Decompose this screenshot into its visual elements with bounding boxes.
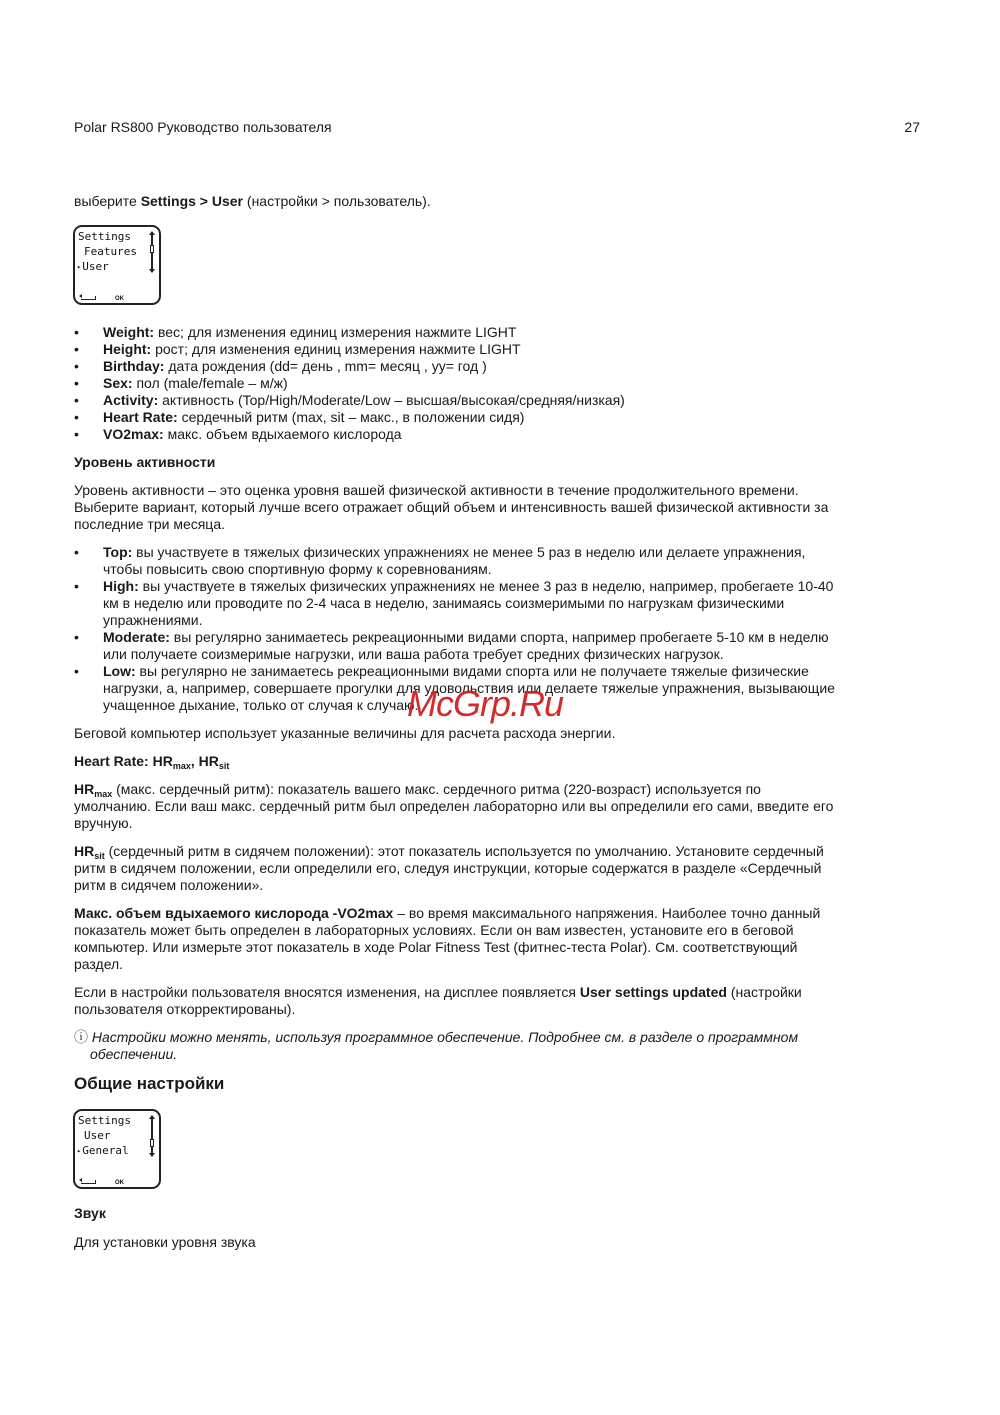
- back-arrow-icon: [81, 1180, 96, 1184]
- list-item-desc: активность (Top/High/Moderate/Low – высш…: [158, 392, 625, 408]
- scroll-down-arrow-icon: [149, 1153, 155, 1157]
- intro-menu-path: Settings > User: [141, 193, 243, 209]
- heart-rate-heading: Heart Rate: HRmax, HRsit: [74, 753, 229, 770]
- list-item-term: Activity:: [103, 392, 158, 408]
- list-item: Moderate: вы регулярно занимаетесь рекре…: [74, 629, 844, 663]
- update-note: Если в настройки пользователя вносятся и…: [74, 984, 834, 1018]
- list-item: Weight: вес; для изменения единиц измере…: [74, 324, 864, 341]
- document-title: Polar RS800 Руководство пользователя: [74, 119, 332, 136]
- list-item-desc: макс. объем вдыхаемого кислорода: [164, 426, 402, 442]
- selection-arrow-icon: ▸: [77, 1147, 81, 1155]
- heading-sub-sit: sit: [219, 761, 230, 771]
- list-item-term: High:: [103, 578, 139, 594]
- page-number: 27: [904, 119, 920, 136]
- page-header: Polar RS800 Руководство пользователя 27: [74, 119, 920, 137]
- list-item: Height: рост; для изменения единиц измер…: [74, 341, 864, 358]
- list-item-desc: вес; для изменения единиц измерения нажм…: [154, 324, 516, 340]
- back-arrow-icon: [81, 296, 96, 300]
- watermark-logo: McGrp.Ru: [407, 686, 563, 722]
- scroll-thumb: [150, 245, 154, 253]
- screen-line-general-label: General: [82, 1144, 128, 1157]
- scroll-thumb: [150, 1139, 154, 1147]
- intro-instruction: выберите Settings > User (настройки > по…: [74, 193, 854, 210]
- list-item: VO2max: макс. объем вдыхаемого кислорода: [74, 426, 864, 443]
- update-note-message: User settings updated: [580, 984, 727, 1000]
- note-text-2: обеспечении.: [74, 1046, 864, 1063]
- intro-prefix: выберите: [74, 193, 141, 209]
- list-item-term: Sex:: [103, 375, 133, 391]
- software-info-note: ⓘ Настройки можно менять, используя прог…: [74, 1029, 864, 1063]
- list-item-term: Low:: [103, 663, 136, 679]
- general-settings-heading: Общие настройки: [74, 1075, 224, 1092]
- activity-intro: Уровень активности – это оценка уровня в…: [74, 482, 864, 533]
- hrmax-paragraph: HRmax (макс. сердечный ритм): показатель…: [74, 781, 834, 832]
- list-item-term: Weight:: [103, 324, 154, 340]
- note-text-1: Настройки можно менять, используя програ…: [88, 1029, 798, 1045]
- hrsit-text: (сердечный ритм в сидячем положении): эт…: [74, 843, 824, 893]
- scroll-track: [151, 1118, 153, 1154]
- list-item-desc: пол (male/female – м/ж): [133, 375, 288, 391]
- scroll-down-arrow-icon: [149, 269, 155, 273]
- screen-line-user-label: User: [82, 260, 109, 273]
- list-item: Activity: активность (Top/High/Moderate/…: [74, 392, 864, 409]
- heading-text: Heart Rate: HR: [74, 753, 173, 769]
- list-item-term: Height:: [103, 341, 151, 357]
- list-item-desc: вы регулярно занимаетесь рекреационными …: [103, 629, 829, 662]
- ok-label: OK: [115, 1180, 124, 1186]
- ok-label: OK: [115, 296, 124, 302]
- screen-line-settings: Settings: [78, 229, 131, 244]
- selection-arrow-icon: ▸: [77, 263, 81, 271]
- info-icon: ⓘ: [74, 1029, 88, 1045]
- list-item: Heart Rate: сердечный ритм (max, sit – м…: [74, 409, 864, 426]
- list-item-term: VO2max:: [103, 426, 164, 442]
- screen-line-settings: Settings: [78, 1113, 131, 1128]
- hrmax-term: HR: [74, 781, 94, 797]
- watch-screen-settings-user: Settings Features ▸User OK: [73, 225, 161, 305]
- list-item: High: вы участвуете в тяжелых физических…: [74, 578, 844, 629]
- screen-line-features: Features: [84, 244, 137, 259]
- sound-heading: Звук: [74, 1205, 106, 1222]
- sound-text: Для установки уровня звука: [74, 1234, 854, 1251]
- list-item-desc: вы участвуете в тяжелых физических упраж…: [103, 544, 805, 577]
- intro-suffix: (настройки > пользователь).: [243, 193, 431, 209]
- heading-text-mid: , HR: [191, 753, 219, 769]
- list-item: Sex: пол (male/female – м/ж): [74, 375, 864, 392]
- screen-line-user: User: [84, 1128, 111, 1143]
- screen-line-user: ▸User: [77, 259, 109, 275]
- list-item-term: Moderate:: [103, 629, 170, 645]
- screen-scrollbar-icon: [149, 1115, 155, 1157]
- list-item-term: Birthday:: [103, 358, 164, 374]
- user-settings-list: Weight: вес; для изменения единиц измере…: [74, 324, 864, 443]
- list-item-term: Top:: [103, 544, 132, 560]
- hrsit-term: HR: [74, 843, 94, 859]
- list-item-desc: сердечный ритм (max, sit – макс., в поло…: [178, 409, 525, 425]
- list-item: Top: вы участвуете в тяжелых физических …: [74, 544, 844, 578]
- screen-scrollbar-icon: [149, 231, 155, 273]
- note-line-1: ⓘ Настройки можно менять, используя прог…: [74, 1029, 864, 1046]
- list-item-desc: рост; для изменения единиц измерения наж…: [151, 341, 520, 357]
- hrsit-paragraph: HRsit (сердечный ритм в сидячем положени…: [74, 843, 834, 894]
- list-item-term: Heart Rate:: [103, 409, 178, 425]
- list-item-desc: вы участвуете в тяжелых физических упраж…: [103, 578, 833, 628]
- vo2max-paragraph: Макс. объем вдыхаемого кислорода -VO2max…: [74, 905, 849, 973]
- vo2max-term: Макс. объем вдыхаемого кислорода -VO2max: [74, 905, 393, 921]
- heading-sub-max: max: [173, 761, 191, 771]
- watch-screen-settings-general: Settings User ▸General OK: [73, 1109, 161, 1189]
- list-item: Birthday: дата рождения (dd= день , mm= …: [74, 358, 864, 375]
- list-item-desc: дата рождения (dd= день , mm= месяц , yy…: [164, 358, 486, 374]
- hrmax-text: (макс. сердечный ритм): показатель вашег…: [74, 781, 833, 831]
- activity-outro: Беговой компьютер использует указанные в…: [74, 725, 854, 742]
- screen-line-general: ▸General: [77, 1143, 129, 1159]
- update-note-prefix: Если в настройки пользователя вносятся и…: [74, 984, 580, 1000]
- activity-heading: Уровень активности: [74, 454, 215, 471]
